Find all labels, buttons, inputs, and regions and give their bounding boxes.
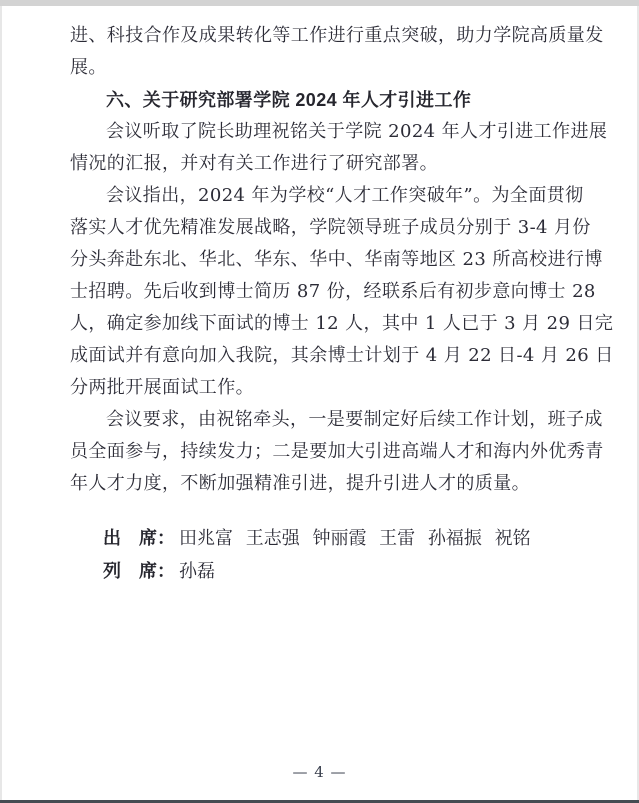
document-line: 会议听取了院长助理祝铭关于学院 2024 年人才引进工作进展 (70, 116, 595, 148)
document-line: 会议要求，由祝铭牵头，一是要制定好后续工作计划，班子成 (70, 404, 595, 436)
document-page: 进、科技合作及成果转化等工作进行重点突破，助力学院高质量发展。六、关于研究部署学… (0, 0, 639, 803)
page-number: — 4 — (0, 763, 639, 781)
page-left-edge (0, 6, 2, 800)
document-line: 员全面参与，持续发力；二是要加大引进高端人才和海内外优秀青 (70, 436, 595, 468)
document-line: 情况的汇报，并对有关工作进行了研究部署。 (70, 148, 595, 180)
document-line: 六、关于研究部署学院 2024 年人才引进工作 (70, 84, 595, 116)
attendance-row: 出 席：田兆富 王志强 钟丽霞 王雷 孙福振 祝铭 (103, 522, 595, 555)
document-line: 成面试并有意向加入我院，其余博士计划于 4 月 22 日-4 月 26 日 (70, 340, 595, 372)
attendance-names: 田兆富 王志强 钟丽霞 王雷 孙福振 祝铭 (179, 528, 531, 549)
document-line: 人，确定参加线下面试的博士 12 人，其中 1 人已于 3 月 29 日完 (70, 308, 595, 340)
attendance-label: 出 席： (103, 528, 175, 548)
document-line: 会议指出，2024 年为学校“人才工作突破年”。为全面贯彻 (70, 180, 595, 212)
document-lines: 进、科技合作及成果转化等工作进行重点突破，助力学院高质量发展。六、关于研究部署学… (70, 20, 595, 500)
page-top-edge (0, 0, 639, 6)
document-line: 分两批开展面试工作。 (70, 372, 595, 404)
document-line: 落实人才优先精准发展战略，学院领导班子成员分别于 3-4 月份 (70, 212, 595, 244)
attendance-names: 孙磊 (179, 561, 215, 582)
document-line: 进、科技合作及成果转化等工作进行重点突破，助力学院高质量发 (70, 20, 595, 52)
document-line: 年人才力度，不断加强精准引进，提升引进人才的质量。 (70, 468, 595, 500)
document-body: 进、科技合作及成果转化等工作进行重点突破，助力学院高质量发展。六、关于研究部署学… (70, 20, 595, 588)
attendance-label: 列 席： (103, 561, 175, 581)
attendance-block: 出 席：田兆富 王志强 钟丽霞 王雷 孙福振 祝铭 列 席：孙磊 (103, 522, 595, 588)
document-line: 士招聘。先后收到博士简历 87 份，经联系后有初步意向博士 28 (70, 276, 595, 308)
attendance-row: 列 席：孙磊 (103, 555, 595, 588)
document-line: 分头奔赴东北、华北、华东、华中、华南等地区 23 所高校进行博 (70, 244, 595, 276)
document-line: 展。 (70, 52, 595, 84)
